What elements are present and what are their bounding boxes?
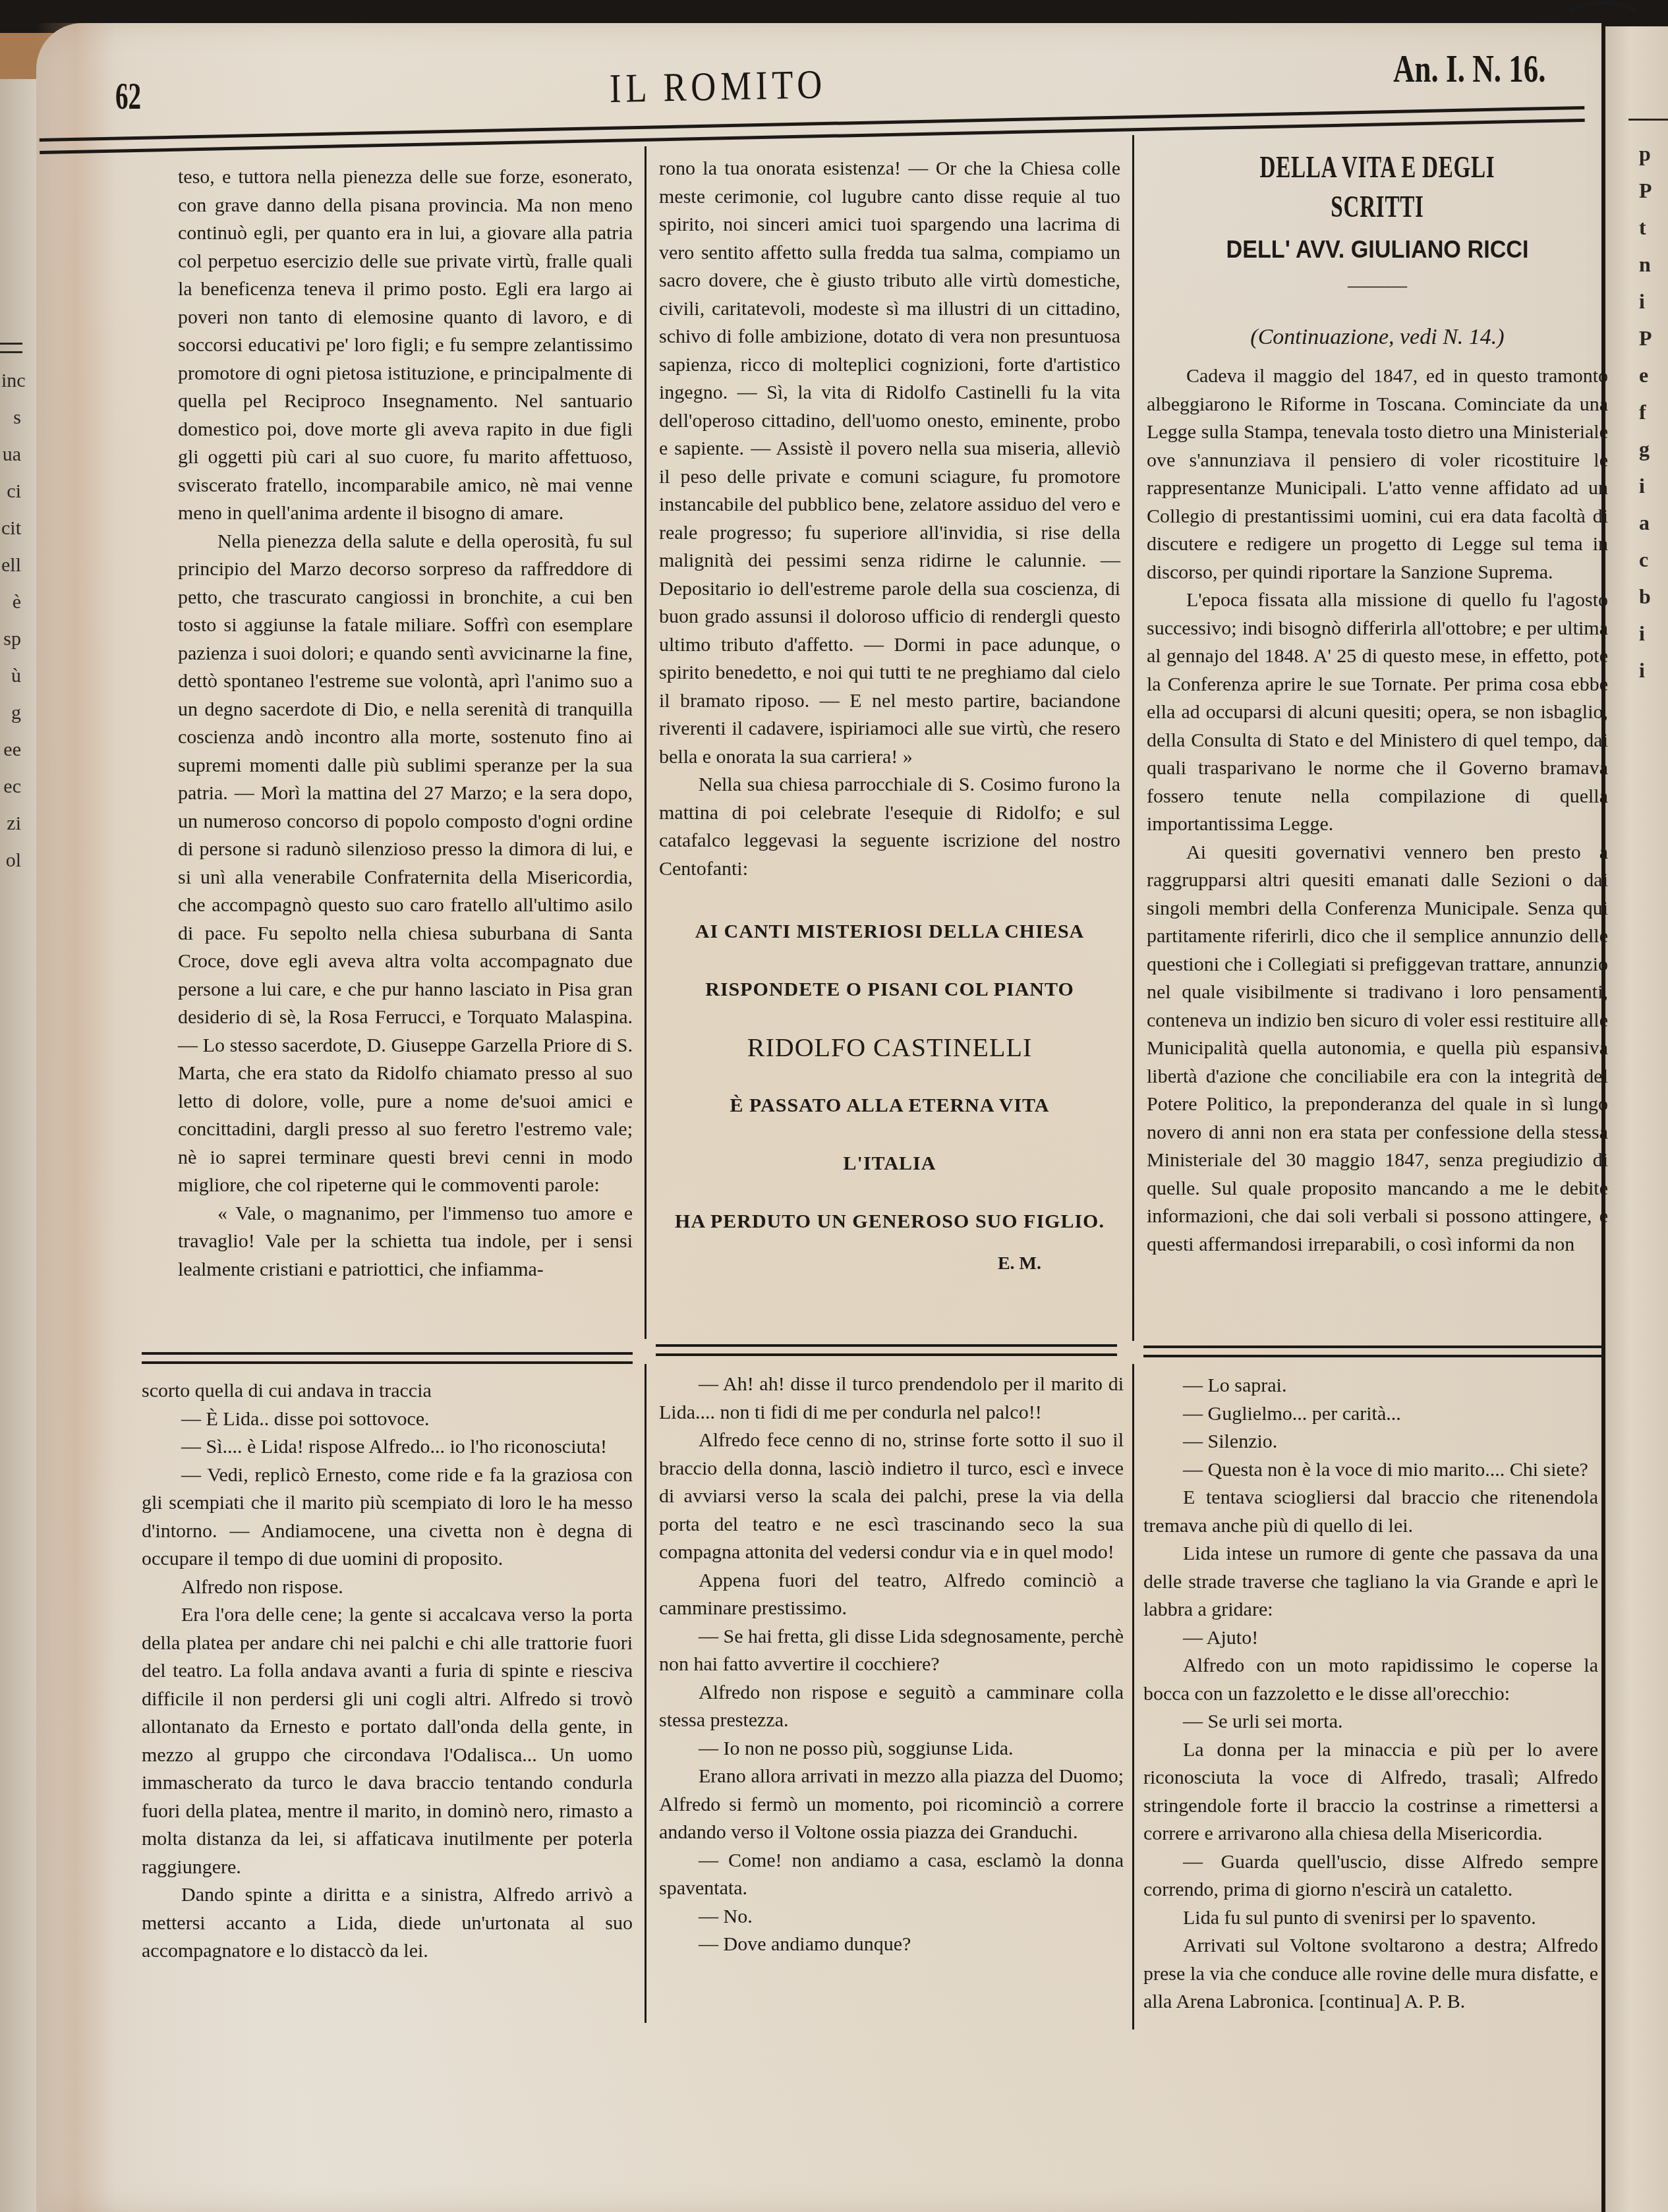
epitaph-signature: E. M. [659, 1251, 1120, 1277]
next-page-rule [1628, 119, 1668, 126]
edge-fragment: f [1639, 393, 1665, 430]
epitaph-line: HA PERDUTO UN GENEROSO SUO FIGLIO. [659, 1193, 1120, 1251]
newspaper-title: IL ROMITO [609, 61, 826, 113]
edge-fragment: ol [1, 842, 21, 879]
page-number: 62 [115, 76, 141, 118]
edge-fragment: ù [1, 658, 21, 695]
paragraph: Alfredo non rispose. [142, 1574, 633, 1602]
edge-fragment: ell [1, 547, 21, 584]
paragraph: — Vedi, replicò Ernesto, come ride e fa … [142, 1461, 633, 1574]
paragraph: — Io non ne posso più, soggiunse Lida. [659, 1735, 1124, 1763]
paragraph: — Come! non andiamo a casa, esclamò la d… [659, 1847, 1124, 1903]
edge-fragment: t [1639, 209, 1665, 246]
column-obituary-1: teso, e tuttora nella pienezza delle sue… [178, 163, 633, 1284]
epitaph-line: RISPONDETE O PISANI COL PIANTO [659, 961, 1120, 1019]
article-subtitle: DELL' AVV. GIULIANO RICCI [1159, 227, 1597, 273]
edge-fragment: c [1639, 541, 1665, 578]
edge-fragment: e [1639, 356, 1665, 393]
edge-fragment: P [1639, 172, 1665, 209]
edge-fragment: inc [1, 362, 21, 399]
paragraph: Alfredo con un moto rapidissimo le coper… [1143, 1652, 1598, 1708]
paragraph: La donna per la minaccia e più per lo av… [1143, 1736, 1598, 1848]
edge-fragment: i [1639, 467, 1665, 504]
column-obituary-2: rono la tua onorata esistenza! — Or che … [659, 155, 1120, 1277]
paragraph: — Ajuto! [1143, 1624, 1598, 1653]
paragraph: Arrivati sul Voltone svoltarono a destra… [1143, 1932, 1598, 2016]
paragraph: « Vale, o magnanimo, per l'immenso tuo a… [178, 1200, 633, 1284]
epitaph-line: È PASSATO ALLA ETERNA VITA [659, 1077, 1120, 1135]
edge-fragment: ec [1, 768, 21, 805]
feuilleton-rule [1143, 1346, 1605, 1357]
edge-fragment: g [1, 695, 21, 731]
paragraph: — Ah! ah! disse il turco prendendolo per… [659, 1371, 1124, 1427]
paragraph: — È Lida.. disse poi sottovoce. [142, 1405, 633, 1434]
paragraph: — Questa non è la voce di mio marito....… [1143, 1456, 1598, 1485]
previous-page-rule [0, 343, 22, 353]
paragraph: scorto quella di cui andava in traccia [142, 1377, 633, 1405]
edge-fragment: cit [1, 510, 21, 547]
edge-fragment: ee [1, 731, 21, 768]
paragraph: — Se hai fretta, gli disse Lida sdegnosa… [659, 1623, 1124, 1679]
paragraph: — Lo saprai. [1143, 1372, 1598, 1400]
issue-number: An. I. N. 16. [1393, 46, 1545, 92]
paragraph: Cadeva il maggio del 1847, ed in questo … [1147, 362, 1608, 586]
next-page-fragments: pPtniPefgiacbii [1639, 135, 1665, 689]
column-ricci-article: DELLA VITA E DEGLI SCRITTI DELL' AVV. GI… [1147, 145, 1608, 1259]
edge-fragment: P [1639, 320, 1665, 356]
edge-fragment: p [1639, 135, 1665, 172]
paragraph: Alfredo non rispose e seguitò a camminar… [659, 1679, 1124, 1735]
next-page-edge: pPtniPefgiacbii [1605, 26, 1668, 2212]
column-divider [645, 1364, 647, 2023]
edge-fragment: g [1639, 430, 1665, 467]
paragraph: Lida fu sul punto di svenirsi per lo spa… [1143, 1904, 1598, 1933]
edge-fragment: i [1639, 652, 1665, 689]
epitaph-line: L'ITALIA [659, 1135, 1120, 1193]
edge-fragment: n [1639, 246, 1665, 283]
feuilleton-rule [142, 1352, 633, 1364]
paragraph: Era l'ora delle cene; la gente si accalc… [142, 1601, 633, 1881]
paragraph: Nella sua chiesa parrocchiale di S. Cosi… [659, 771, 1120, 883]
epitaph-line: AI CANTI MISTERIOSI DELLA CHIESA [659, 903, 1120, 961]
paragraph: Lida intese un rumore di gente che passa… [1143, 1540, 1598, 1624]
paragraph: rono la tua onorata esistenza! — Or che … [659, 155, 1120, 771]
edge-fragment: i [1639, 615, 1665, 652]
edge-fragment: b [1639, 578, 1665, 615]
epitaph: AI CANTI MISTERIOSI DELLA CHIESA RISPOND… [659, 903, 1120, 1277]
paragraph: Ai quesiti governativi vennero ben prest… [1147, 839, 1608, 1259]
column-divider [1132, 1364, 1134, 2029]
feuilleton-rule [656, 1344, 1117, 1356]
edge-fragment: s [1, 399, 21, 436]
gutter-stain [36, 23, 115, 2212]
paragraph: Erano allora arrivati in mezzo alla piaz… [659, 1763, 1124, 1847]
paragraph: — Silenzio. [1143, 1428, 1598, 1456]
feuilleton-column-1: scorto quella di cui andava in traccia— … [142, 1377, 633, 1966]
paragraph: Nella pienezza della salute e della oper… [178, 528, 633, 1200]
edge-fragment: è [1, 584, 21, 621]
paragraph: — Sì.... è Lida! rispose Alfredo... io l… [142, 1433, 633, 1461]
paragraph: — No. [659, 1903, 1124, 1931]
paragraph: teso, e tuttora nella pienezza delle sue… [178, 163, 633, 528]
paragraph: Alfredo fece cenno di no, strinse forte … [659, 1427, 1124, 1567]
paragraph: Appena fuori del teatro, Alfredo cominci… [659, 1567, 1124, 1623]
paragraph: — Dove andiamo dunque? [659, 1931, 1124, 1959]
epitaph-name: RIDOLFO CASTINELLI [659, 1019, 1120, 1077]
edge-fragment: sp [1, 621, 21, 658]
paragraph: — Guglielmo... per carità... [1143, 1400, 1598, 1429]
article-title: DELLA VITA E DEGLI SCRITTI [1211, 148, 1543, 227]
column-divider [645, 146, 647, 1339]
edge-fragment: ua [1, 436, 21, 473]
paragraph: — Se urli sei morta. [1143, 1708, 1598, 1736]
paragraph: L'epoca fissata alla missione di quello … [1147, 586, 1608, 839]
paragraph: — Guarda quell'uscio, disse Alfredo semp… [1143, 1848, 1598, 1904]
feuilleton-column-3: — Lo saprai.— Guglielmo... per carità...… [1143, 1372, 1598, 2016]
previous-page-fragments: incsuacicitellèspùgeeecziol [1, 362, 21, 879]
paragraph: E tentava sciogliersi dal braccio che ri… [1143, 1484, 1598, 1540]
edge-fragment: i [1639, 283, 1665, 320]
column-divider [1132, 135, 1134, 1341]
continuation-note: (Continuazione, vedi N. 14.) [1147, 319, 1608, 356]
feuilleton-column-2: — Ah! ah! disse il turco prendendolo per… [659, 1371, 1124, 1959]
edge-fragment: ci [1, 473, 21, 510]
edge-fragment: a [1639, 504, 1665, 541]
edge-fragment: zi [1, 805, 21, 842]
title-separator: ——— [1147, 273, 1608, 299]
paragraph: Dando spinte a diritta e a sinistra, Alf… [142, 1881, 633, 1966]
